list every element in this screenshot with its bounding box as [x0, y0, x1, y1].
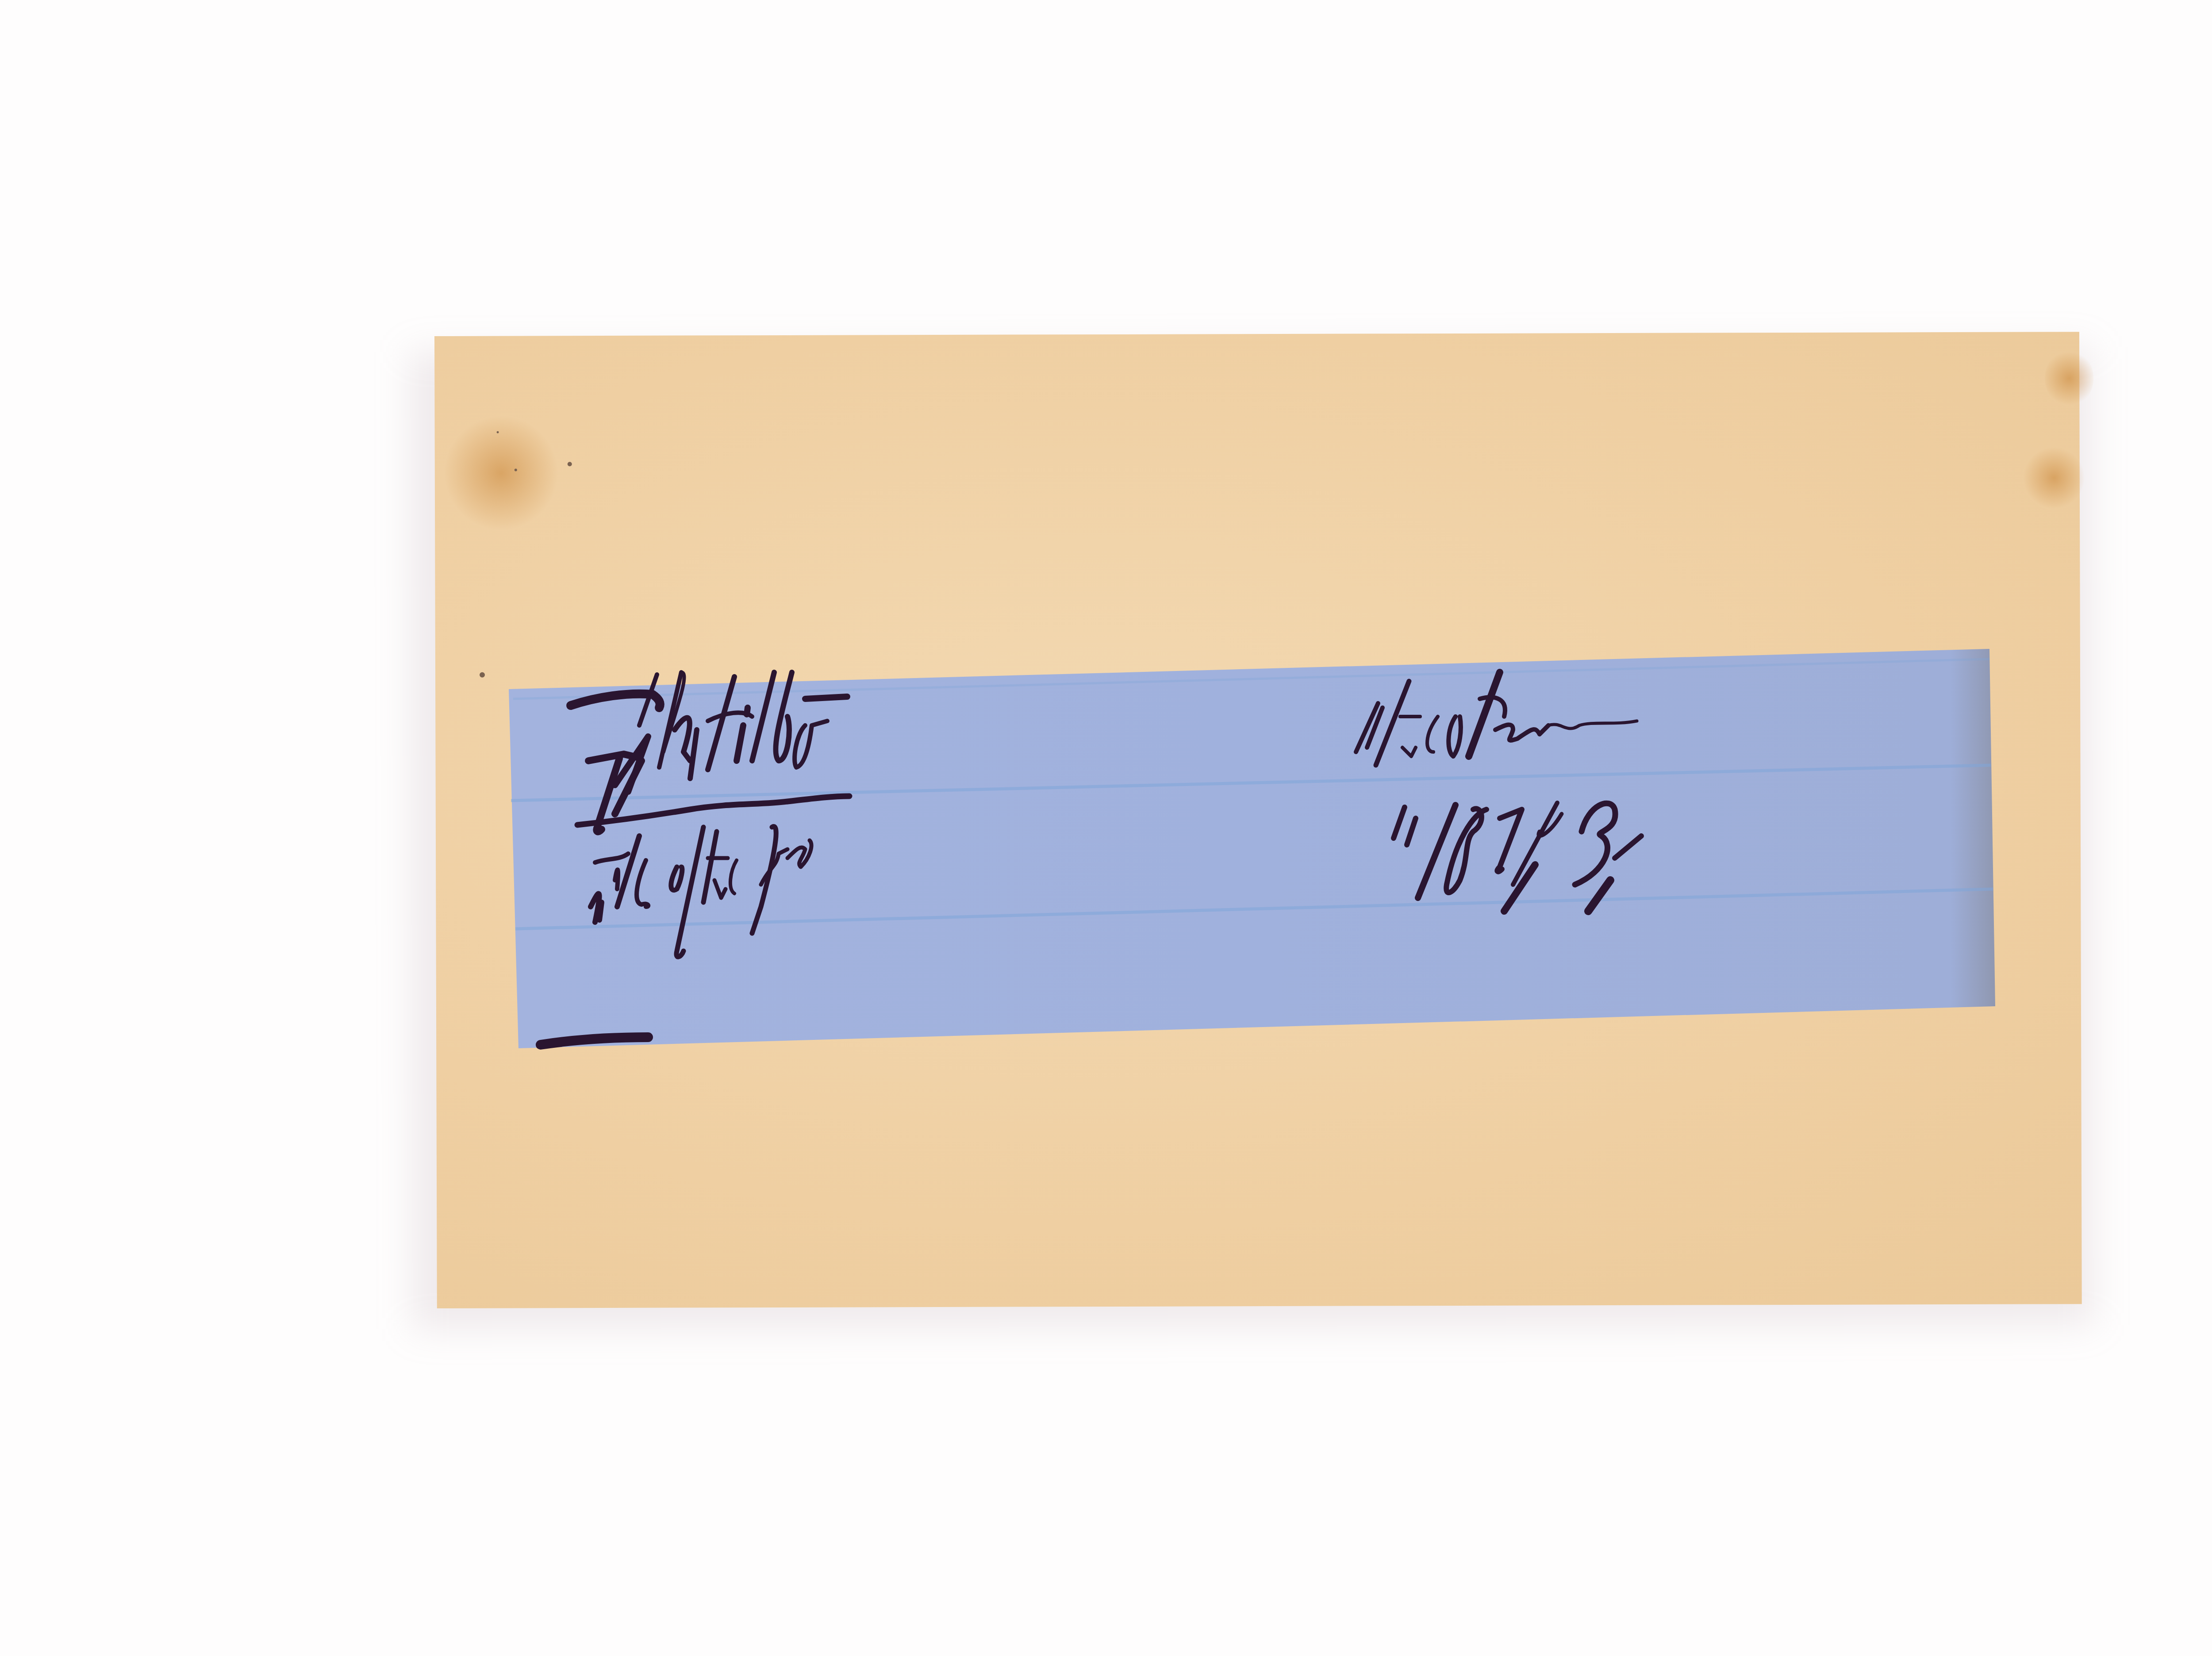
photo-backdrop: Tr' Katiko "the other side of the fire" … — [0, 0, 2212, 1656]
